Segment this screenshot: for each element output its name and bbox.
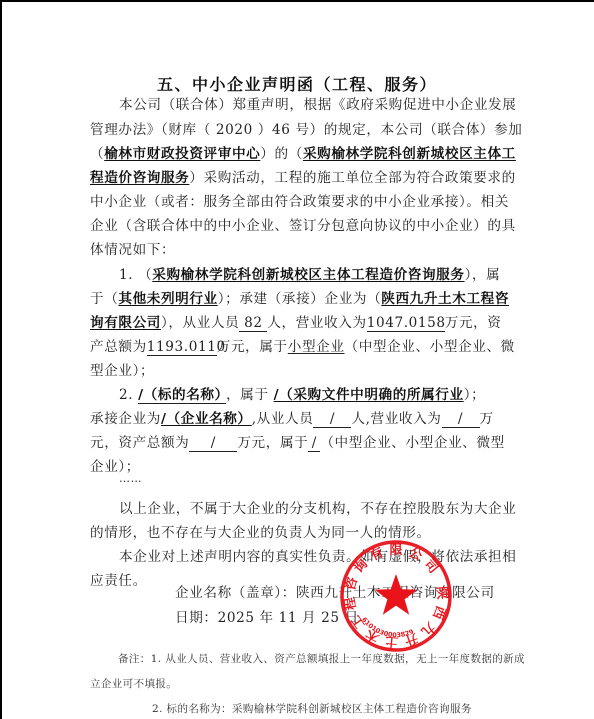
item1-staff-value: 82 [239,316,267,332]
text-segment: 承接企业为 [90,411,161,427]
ellipsis: …… [90,470,535,488]
item2-company: /（企业名称） [161,411,252,427]
item1-subject: 采购榆林学院科创新城校区主体工程造价咨询服务 [152,267,464,283]
document-title: 五、中小企业声明函（工程、服务） [0,72,594,95]
text-segment: ），从业人员 [161,315,239,331]
statement1-line-1: 以上企业，不属于大企业的分支机构，不存在控股股东为大企业 [90,500,535,518]
item1-assets-value: 1193.0110 [147,340,217,356]
item2-industry: /（采购文件中明确的所属行业 [274,387,464,403]
project-name-part1: 采购榆林学院科创新城校区主体工 [303,146,516,162]
item1-line-2: 于（其他未列明行业）；承建（承接）企业为（陕西九升土木工程咨 [90,290,506,308]
signature-date: 日期：2025 年 11 月 25 日 [175,606,359,626]
statement2-line-1: 本企业对上述声明内容的真实性负责。如有虚假，将依法承担相 [90,548,535,566]
text-segment: 人，营业收入为 [267,315,366,331]
intro-line-5: 中小企业（或者：服务全部由符合政策要求的中小企业承接）。相关 [90,193,506,211]
intro-line-2: 管理办法》（财库（ 2020 ）46 号）的规定，本公司（联合体）参加 [90,121,506,139]
statement1-line-2: 的情形，也不存在与大企业的负责人为同一人的情形。 [90,524,506,542]
note-1-line-1: 备注：1. 从业人员、营业收入、资产总额填报上一年度数据，无上一年度数据的新成 [118,652,525,666]
intro-line-3: （榆林市财政投资评审中心）的（采购榆林学院科创新城校区主体工 [90,145,506,163]
text-segment: 元，资产总额为 [90,435,189,451]
intro-line-7: 体情况如下： [90,241,506,259]
date-value: 2025 年 11 月 25 日 [218,610,359,626]
page-border-top [0,0,594,2]
item2-revenue-value: / [442,412,480,428]
text-segment: ）； [464,387,486,403]
item2-line-3: 元，资产总额为/万元，属于/（中型企业、小型企业、微型 [90,434,506,452]
text-segment: ）采购活动，工程的施工单位全部为符合政策要求的 [189,170,515,186]
text-segment: 人,营业收入为 [351,411,441,427]
note-1-line-2: 立企业可不填报。 [90,677,177,691]
paren: （ [90,146,104,162]
text-segment: 万元，属于 [217,339,288,355]
text-segment: ，属于 [226,387,269,403]
item1-revenue-value: 1047.0158 [367,316,445,332]
item2-line-1: 2. /（标的名称），属于 /（采购文件中明确的所属行业）； [90,386,535,404]
item1-line-5: 型企业）； [90,362,506,380]
text-segment: ）的（ [260,146,303,162]
item-number: 1. （ [119,267,152,283]
intro-line-4: 程造价咨询服务）采购活动，工程的施工单位全部为符合政策要求的 [90,169,506,187]
item2-assets-value: / [189,436,237,452]
text-segment: ,从业人员 [252,411,314,427]
purchaser-name: 榆林市财政投资评审中心 [104,146,260,162]
stamp-code: 6101030003829 [360,616,415,640]
text-segment: 于（ [90,291,118,307]
text-segment: ）；承建（承接）企业为（ [218,291,382,307]
text-segment: （中型企业、小型企业、微 [345,339,515,355]
company-label: 企业名称（盖章）： [175,585,296,601]
text-segment: （中型企业、小型企业、微型 [320,435,505,451]
item2-staff-value: / [313,412,351,428]
text-segment: 产总额为 [90,339,147,355]
item1-industry: 其他未列明行业 [118,291,217,307]
item2-line-2: 承接企业为/（企业名称）,从业人员/人,营业收入为/万 [90,410,506,428]
text-segment: 万元，资 [445,315,502,331]
item1-company-part2: 询有限公司 [90,315,161,331]
signature-company: 企业名称（盖章）：陕西九升土木工程咨询有限公司 [175,581,495,601]
item1-company-part1: 陕西九升土木工程咨 [381,291,509,307]
note-2: 2. 标的名称为：采购榆林学院科创新城校区主体工程造价咨询服务 [152,702,472,716]
item1-size-value: 小型企业 [288,339,345,355]
item1-line-4: 产总额为1193.0110万元，属于小型企业（中型企业、小型企业、微 [90,338,506,356]
text-segment: 万元，属于 [237,435,308,451]
project-name-part2: 程造价咨询服务 [90,170,189,186]
company-name: 陕西九升土木工程咨询有限公司 [296,585,495,601]
item-number: 2. [119,387,133,403]
intro-line-6: 企业（含联合体中的中小企业、签订分包意向协议的中小企业）的具 [90,217,506,235]
item2-size-value: / [308,436,320,452]
intro-line-1: 本公司（联合体）郑重声明，根据《政府采购促进中小企业发展 [90,96,506,114]
item2-subject: /（标的名称） [138,388,226,404]
item1-line-1: 1. （采购榆林学院科创新城校区主体工程造价咨询服务），属 [90,266,535,284]
text-segment: 万 [480,411,494,427]
item1-line-3: 询有限公司），从业人员82人，营业收入为1047.0158万元，资 [90,314,506,332]
text-segment: ），属 [465,267,501,283]
page-border-left [0,0,2,719]
date-label: 日期： [175,610,218,626]
